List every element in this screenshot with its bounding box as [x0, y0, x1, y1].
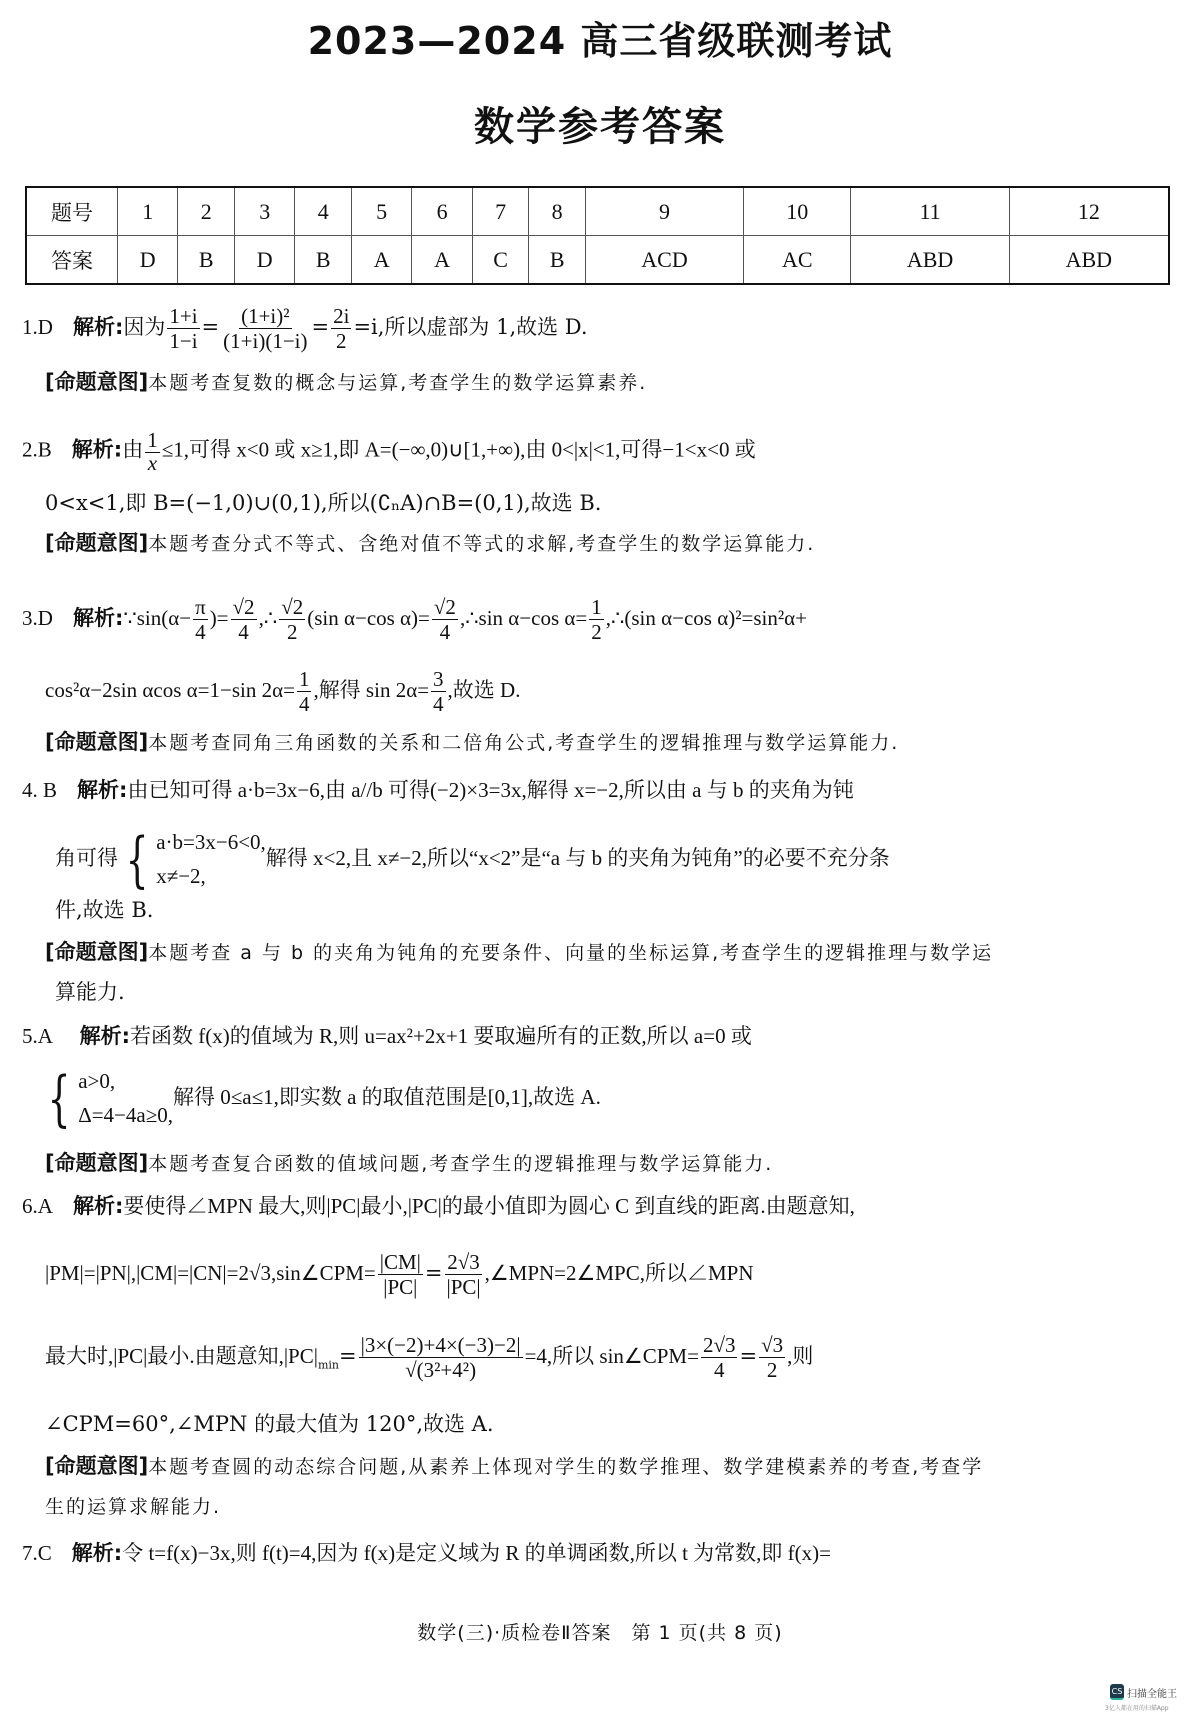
watermark-subtext: 3亿人都在用的扫描App: [1105, 1703, 1169, 1712]
answer-cell: B: [295, 236, 352, 285]
fraction: 1+i1−i: [167, 304, 199, 353]
answer-cell: B: [529, 236, 586, 285]
fraction: 2i2: [331, 304, 351, 353]
answer-cell: B: [178, 236, 235, 285]
intent-3: [命题意图]本题考查同角三角函数的关系和二倍角公式,考查学生的逻辑推理与数学运算…: [45, 732, 899, 753]
camscanner-logo-icon: CS: [1110, 1684, 1124, 1700]
question-number: 3: [234, 187, 294, 236]
question-number: 4: [295, 187, 352, 236]
answer-cell: A: [351, 236, 411, 285]
row-label: 答案: [26, 236, 118, 285]
solution-id: 1.D: [22, 315, 53, 339]
answer-table: 题号 1 2 3 4 5 6 7 8 9 10 11 12 答案 D B D B…: [25, 186, 1170, 285]
scanner-watermark: CS 扫描全能王: [1110, 1684, 1177, 1700]
answer-row: 答案 D B D B A A C B ACD AC ABD ABD: [26, 236, 1169, 285]
solution-4-line-3: 件,故选 B.: [55, 900, 153, 921]
solution-4: 4. B 解析:由已知可得 a·b=3x−6,由 a//b 可得(−2)×3=3…: [22, 780, 854, 801]
question-number: 5: [351, 187, 411, 236]
system-brace: {a>0,Δ=4−4a≥0,: [40, 1065, 173, 1132]
solution-5: 5.A 解析:若函数 f(x)的值域为 R,则 u=ax²+2x+1 要取遍所有…: [22, 1026, 752, 1047]
analysis-label: 解析:: [73, 315, 123, 339]
question-number: 12: [1009, 187, 1169, 236]
answer-cell: ABD: [851, 236, 1009, 285]
fraction: 1x: [145, 428, 160, 474]
fraction: (1+i)²(1+i)(1−i): [221, 304, 309, 353]
solution-6-line-4: ∠CPM=60°,∠MPN 的最大值为 120°,故选 A.: [45, 1414, 494, 1435]
answer-cell: A: [412, 236, 472, 285]
page-footer: 数学(三)·质检卷Ⅱ答案 第 1 页(共 8 页): [0, 1618, 1200, 1645]
intent-2: [命题意图]本题考查分式不等式、含绝对值不等式的求解,考查学生的数学运算能力.: [45, 533, 815, 554]
question-number: 10: [744, 187, 851, 236]
intent-6-line-2: 生的运算求解能力.: [45, 1498, 221, 1517]
question-number: 7: [472, 187, 529, 236]
document-title: 2023—2024 高三省级联测考试: [0, 10, 1200, 65]
question-number: 6: [412, 187, 472, 236]
watermark-name: 扫描全能王: [1127, 1685, 1177, 1700]
question-number: 11: [851, 187, 1009, 236]
solution-3-line-2: cos²α−2sin αcos α=1−sin 2α=14,解得 sin 2α=…: [45, 667, 520, 716]
solution-5-line-2: {a>0,Δ=4−4a≥0,解得 0≤a≤1,即实数 a 的取值范围是[0,1]…: [40, 1065, 601, 1132]
intent-4-line-2: 算能力.: [55, 982, 125, 1003]
solution-6-line-3: 最大时,|PC|最小.由题意知,|PC|min=|3×(−2)+4×(−3)−2…: [45, 1333, 813, 1382]
question-number: 9: [585, 187, 743, 236]
row-label: 题号: [26, 187, 118, 236]
solution-4-line-2: 角可得{a·b=3x−6<0,x≠−2,解得 x<2,且 x≠−2,所以“x<2…: [55, 826, 890, 893]
question-number: 8: [529, 187, 586, 236]
solution-2-line-2: 0<x<1,即 B=(−1,0)∪(0,1),所以(∁ₙA)∩B=(0,1),故…: [45, 493, 601, 514]
intent-5: [命题意图]本题考查复合函数的值域问题,考查学生的逻辑推理与数学运算能力.: [45, 1153, 773, 1174]
answer-cell: C: [472, 236, 529, 285]
intent-label: [命题意图]: [45, 370, 148, 394]
intent-4: [命题意图]本题考查 a 与 b 的夹角为钝角的充要条件、向量的坐标运算,考查学…: [45, 942, 993, 963]
question-number: 1: [118, 187, 178, 236]
solution-1: 1.D 解析:因为1+i1−i=(1+i)²(1+i)(1−i)=2i2=i,所…: [22, 304, 588, 353]
answer-cell: D: [118, 236, 178, 285]
solution-6: 6.A 解析:要使得∠MPN 最大,则|PC|最小,|PC|的最小值即为圆心 C…: [22, 1196, 855, 1217]
intent-6: [命题意图]本题考查圆的动态综合问题,从素养上体现对学生的数学推理、数学建模素养…: [45, 1456, 983, 1477]
solution-2: 2.B 解析:由1x≤1,可得 x<0 或 x≥1,即 A=(−∞,0)∪[1,…: [22, 428, 756, 474]
solution-7: 7.C 解析:令 t=f(x)−3x,则 f(t)=4,因为 f(x)是定义域为…: [22, 1543, 831, 1564]
solution-3: 3.D 解析:∵sin(α−π4)=√24,∴√22(sin α−cos α)=…: [22, 595, 807, 644]
question-row: 题号 1 2 3 4 5 6 7 8 9 10 11 12: [26, 187, 1169, 236]
intent-1: [命题意图]本题考查复数的概念与运算,考查学生的数学运算素养.: [45, 372, 647, 393]
answer-cell: ABD: [1009, 236, 1169, 285]
answer-cell: AC: [744, 236, 851, 285]
solution-6-line-2: |PM|=|PN|,|CM|=|CN|=2√3,sin∠CPM=|CM||PC|…: [45, 1250, 753, 1299]
question-number: 2: [178, 187, 235, 236]
document-subtitle: 数学参考答案: [0, 95, 1200, 152]
answer-cell: ACD: [585, 236, 743, 285]
answer-cell: D: [234, 236, 294, 285]
system-brace: {a·b=3x−6<0,x≠−2,: [118, 826, 266, 893]
